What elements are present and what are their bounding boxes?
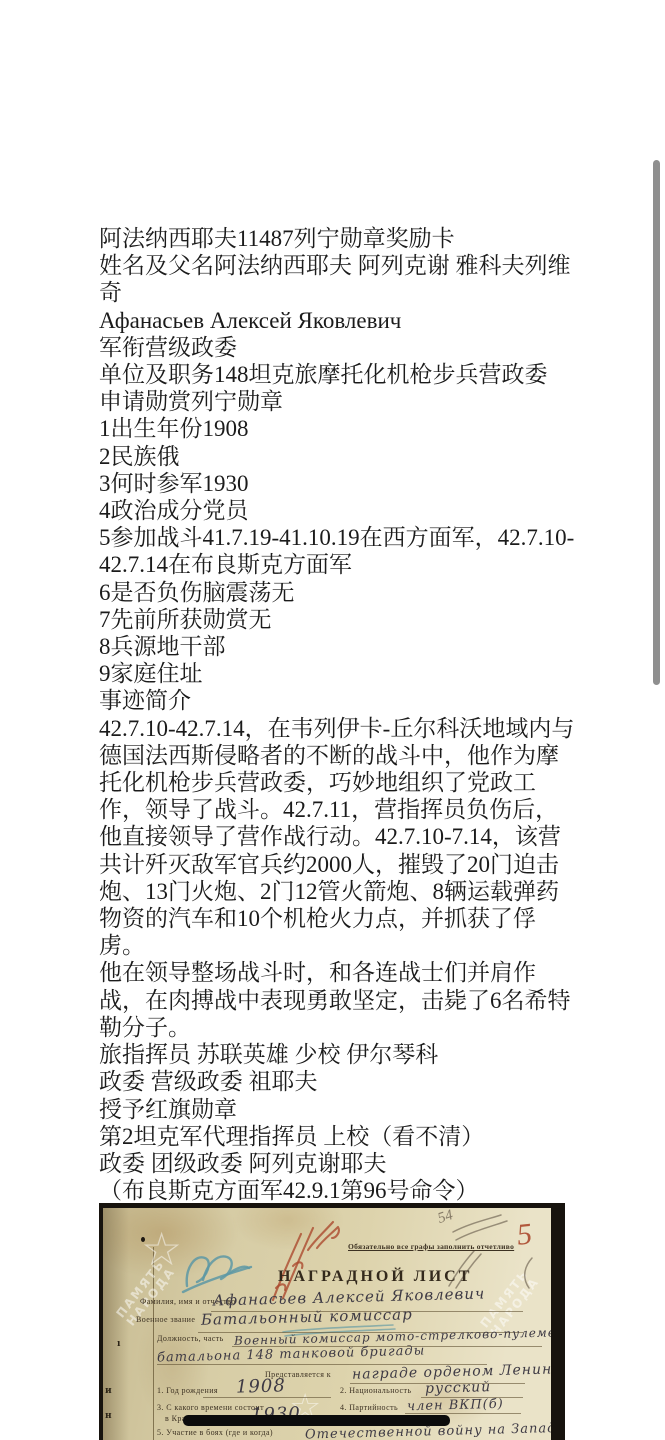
text-line: 42.7.10-42.7.14，在韦列伊卡-丘尔科沃地域内与	[99, 715, 569, 742]
text-line: 5参加战斗41.7.19-41.10.19在西方面军，42.7.10-	[99, 524, 569, 551]
text-line: 7先前所获勋赏无	[99, 606, 569, 633]
text-line: Афанасьев Алексей Яковлевич	[99, 307, 569, 334]
field-value-nationality: русский	[425, 1379, 492, 1397]
document-text: 阿法纳西耶夫11487列宁勋章奖励卡姓名及父名阿法纳西耶夫 阿列克谢 雅科夫列维…	[99, 225, 569, 1204]
text-line: 事迹简介	[99, 687, 569, 714]
text-line: 6是否负伤脑震荡无	[99, 579, 569, 606]
edge-mark: ı	[117, 1339, 120, 1349]
text-line: 奇	[99, 279, 569, 306]
text-line: 他直接领导了营作战行动。42.7.10-7.14，该营	[99, 823, 569, 850]
text-line: 战，在肉搏战中表现勇敢坚定，击毙了6名希特	[99, 987, 569, 1014]
field-label-birth-year: 1. Год рождения	[157, 1386, 218, 1395]
text-line: 勒分子。	[99, 1014, 569, 1041]
field-value-party: член ВКП(б)	[407, 1397, 504, 1415]
field-label-party: 4. Партийность	[340, 1403, 398, 1412]
field-label-service-since: 3. С какого времени состоит	[157, 1403, 264, 1412]
edge-letter: н	[105, 1411, 112, 1421]
text-line: 42.7.14在布良斯克方面军	[99, 551, 569, 578]
page: { "colors": { "page_bg": "#ffffff", "tex…	[0, 0, 665, 1440]
field-label-battles: 5. Участие в боях (где и когда)	[157, 1428, 273, 1437]
text-line: 单位及职务148坦克旅摩托化机枪步兵营政委	[99, 361, 569, 388]
text-line: 第2坦克军代理指挥员 上校（看不清）	[99, 1123, 569, 1150]
text-line: （布良斯克方面军42.9.1第96号命令）	[99, 1177, 569, 1204]
form-title: НАГРАДНОЙ ЛИСТ	[278, 1268, 472, 1286]
form-header-note: Обязательно все графы заполнить отчетлив…	[348, 1242, 514, 1251]
text-line: 虏。	[99, 932, 569, 959]
text-line: 授予红旗勋章	[99, 1096, 569, 1123]
scrollbar-thumb[interactable]	[653, 160, 660, 685]
text-line: 托化机枪步兵营政委，巧妙地组织了党政工	[99, 769, 569, 796]
text-line: 姓名及父名阿法纳西耶夫 阿列克谢 雅科夫列维	[99, 252, 569, 279]
text-line: 9家庭住址	[99, 660, 569, 687]
field-value-birth-year: 1908	[236, 1375, 286, 1397]
text-line: 2民族俄	[99, 443, 569, 470]
text-line: 政委 营级政委 祖耶夫	[99, 1068, 569, 1095]
text-line: 8兵源地干部	[99, 633, 569, 660]
text-line: 军衔营级政委	[99, 334, 569, 361]
award-sheet-scan-image[interactable]: ☆ ☆ ПАМЯТЬ НАРОДА ПАМЯТЬ НАРОДА 54 5	[99, 1203, 565, 1440]
field-label-rank: Военное звание	[136, 1315, 195, 1324]
text-line: 作，领导了战斗。42.7.11，营指挥员负伤后，	[99, 796, 569, 823]
edge-letter: и	[105, 1386, 112, 1396]
text-line: 1出生年份1908	[99, 415, 569, 442]
scan-paper: ☆ ☆ ПАМЯТЬ НАРОДА ПАМЯТЬ НАРОДА 54 5	[103, 1208, 551, 1440]
text-line: 共计歼灭敌军官兵约2000人，摧毁了20门迫击	[99, 851, 569, 878]
text-line: 炮、13门火炮、2门12管火箭炮、8辆运载弹药	[99, 878, 569, 905]
text-line: 德国法西斯侵略者的不断的战斗中，他作为摩	[99, 742, 569, 769]
field-rule	[405, 1413, 521, 1414]
field-rule	[203, 1397, 331, 1398]
text-line: 他在领导整场战斗时，和各连战士们并肩作	[99, 959, 569, 986]
field-label-position: Должность, часть	[157, 1334, 224, 1343]
text-line: 物资的汽车和10个机枪火力点，并抓获了俘	[99, 905, 569, 932]
text-line: 旅指挥员 苏联英雄 少校 伊尔琴科	[99, 1041, 569, 1068]
text-line: 申请勋赏列宁勋章	[99, 388, 569, 415]
text-line: 3何时参军1930	[99, 470, 569, 497]
field-label-nationality: 2. Национальность	[340, 1386, 411, 1395]
text-line: 4政治成分党员	[99, 497, 569, 524]
text-line: 阿法纳西耶夫11487列宁勋章奖励卡	[99, 225, 569, 252]
text-line: 政委 团级政委 阿列克谢耶夫	[99, 1150, 569, 1177]
